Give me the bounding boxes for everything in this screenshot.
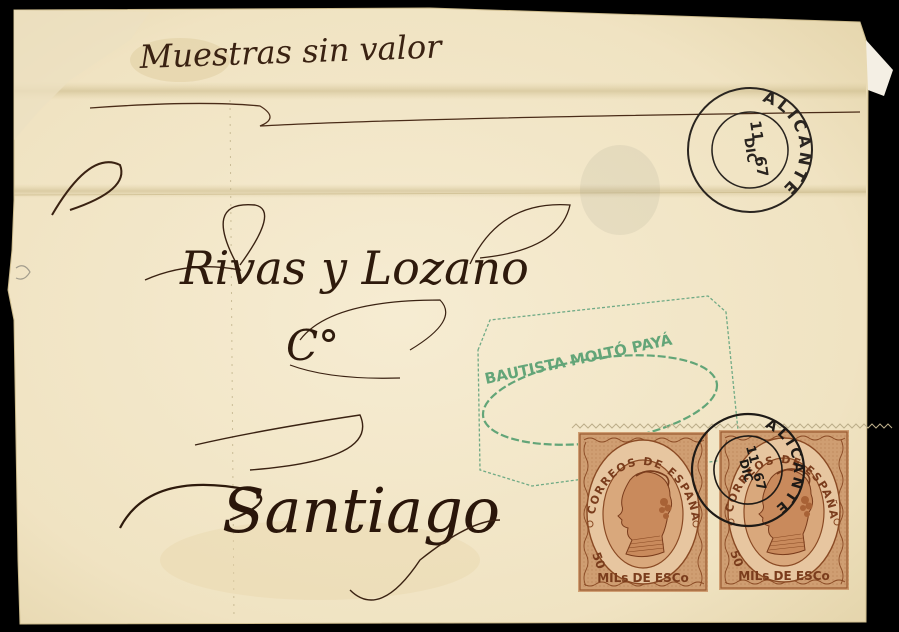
svg-text:C°: C° xyxy=(286,321,339,370)
svg-text:MILs DE ESCo: MILs DE ESCo xyxy=(597,571,689,585)
cover-letter: Muestras sin valor Rivas y Lozano C° San… xyxy=(0,0,899,632)
svg-text:Santiago: Santiago xyxy=(222,474,500,547)
svg-text:Rivas y Lozano: Rivas y Lozano xyxy=(179,241,529,295)
stamp-left: CORREOS DE ESPAÑA MILs DE ESCo 50 xyxy=(578,432,708,592)
svg-text:67: 67 xyxy=(751,155,772,178)
stamp-pair: CORREOS DE ESPAÑA MILs DE ESCo 50 CORREO… xyxy=(572,424,892,592)
svg-text:MILs DE ESCo: MILs DE ESCo xyxy=(738,569,830,583)
